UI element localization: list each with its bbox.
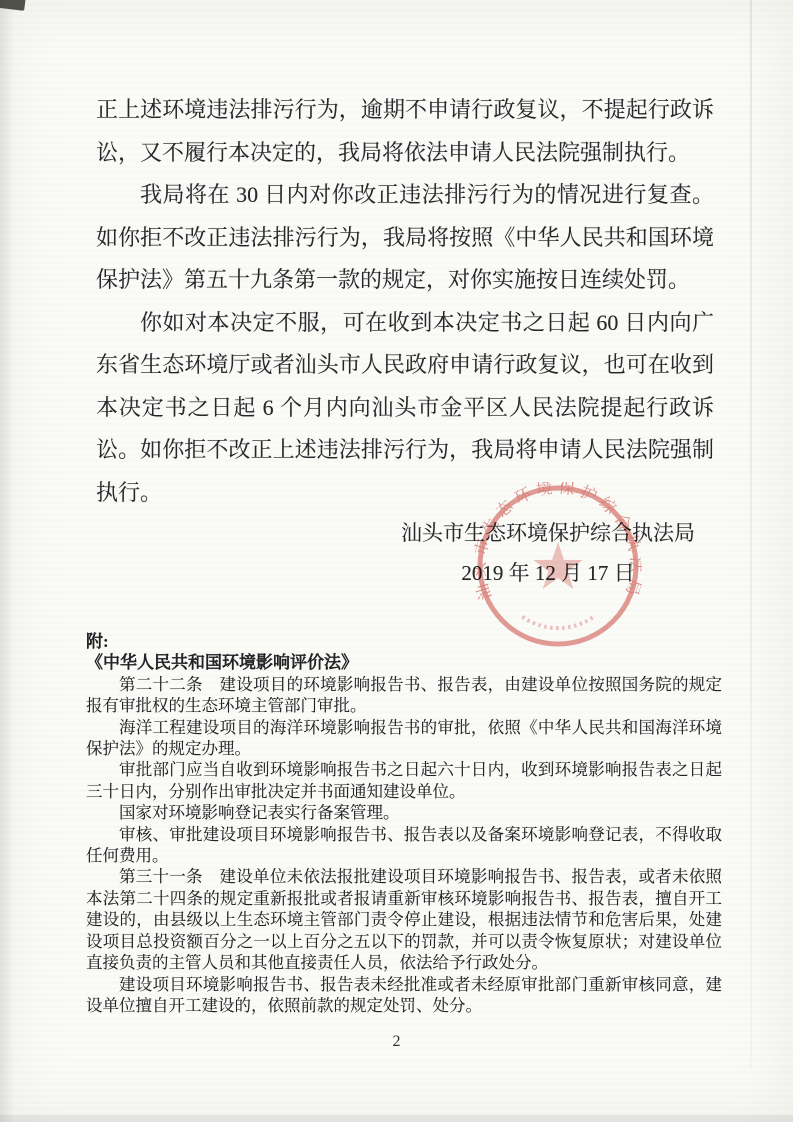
page-number: 2 (0, 1033, 793, 1051)
attachment-paragraph: 第二十二条 建设项目的环境影响报告书、报告表，由建设单位按照国务院的规定报有审批… (86, 674, 722, 717)
attachment-paragraph: 海洋工程建设项目的海洋环境影响报告书的审批，依照《中华人民共和国海洋环境保护法》… (86, 717, 722, 760)
attachment-paragraph: 审核、审批建设项目环境影响报告书、报告表以及备案环境影响登记表，不得收取任何费用… (86, 824, 722, 867)
attachment-paragraphs: 第二十二条 建设项目的环境影响报告书、报告表，由建设单位按照国务院的规定报有审批… (86, 674, 722, 1017)
seal-bottom-microtext (522, 617, 593, 628)
agency-signature: 汕头市生态环境保护综合执法局 (398, 519, 698, 547)
attachment-section: 附: 《中华人民共和国环境影响评价法》 第二十二条 建设项目的环境影响报告书、报… (86, 631, 722, 1016)
attachment-paragraph: 国家对环境影响登记表实行备案管理。 (86, 802, 722, 823)
attachment-paragraph: 审批部门应当自收到环境影响报告书之日起六十日内，收到环境影响报告表之日起三十日内… (86, 759, 722, 802)
attachment-paragraph: 建设项目环境影响报告书、报告表未经批准或者未经原审批部门重新审核同意，建设单位擅… (86, 974, 722, 1017)
body-paragraph: 我局将在 30 日内对你改正违法排污行为的情况进行复查。如你拒不改正违法排污行为… (96, 174, 714, 302)
signature-block: 汕头市生态环境保护综合执法局 2019 年 12 月 17 日 (398, 519, 698, 587)
body-text: 正上述环境违法排污行为，逾期不申请行政复议，不提起行政诉讼，又不履行本决定的，我… (96, 89, 714, 514)
body-paragraph: 你如对本决定不服，可在收到本决定书之日起 60 日内向广东省生态环境厅或者汕头市… (96, 302, 714, 515)
body-paragraph: 正上述环境违法排污行为，逾期不申请行政复议，不提起行政诉讼，又不履行本决定的，我… (96, 89, 714, 174)
scanned-document-page: 正上述环境违法排污行为，逾期不申请行政复议，不提起行政诉讼，又不履行本决定的，我… (0, 0, 793, 1122)
scan-artifact-corner (0, 0, 26, 11)
law-title: 《中华人民共和国环境影响评价法》 (86, 652, 722, 673)
attachment-label: 附: (86, 631, 722, 652)
scan-fold-line (750, 0, 752, 1070)
attachment-paragraph: 第三十一条 建设单位未依法报批建设项目环境影响报告书、报告表，或者未依照本法第二… (86, 866, 722, 973)
signature-date: 2019 年 12 月 17 日 (398, 559, 698, 587)
